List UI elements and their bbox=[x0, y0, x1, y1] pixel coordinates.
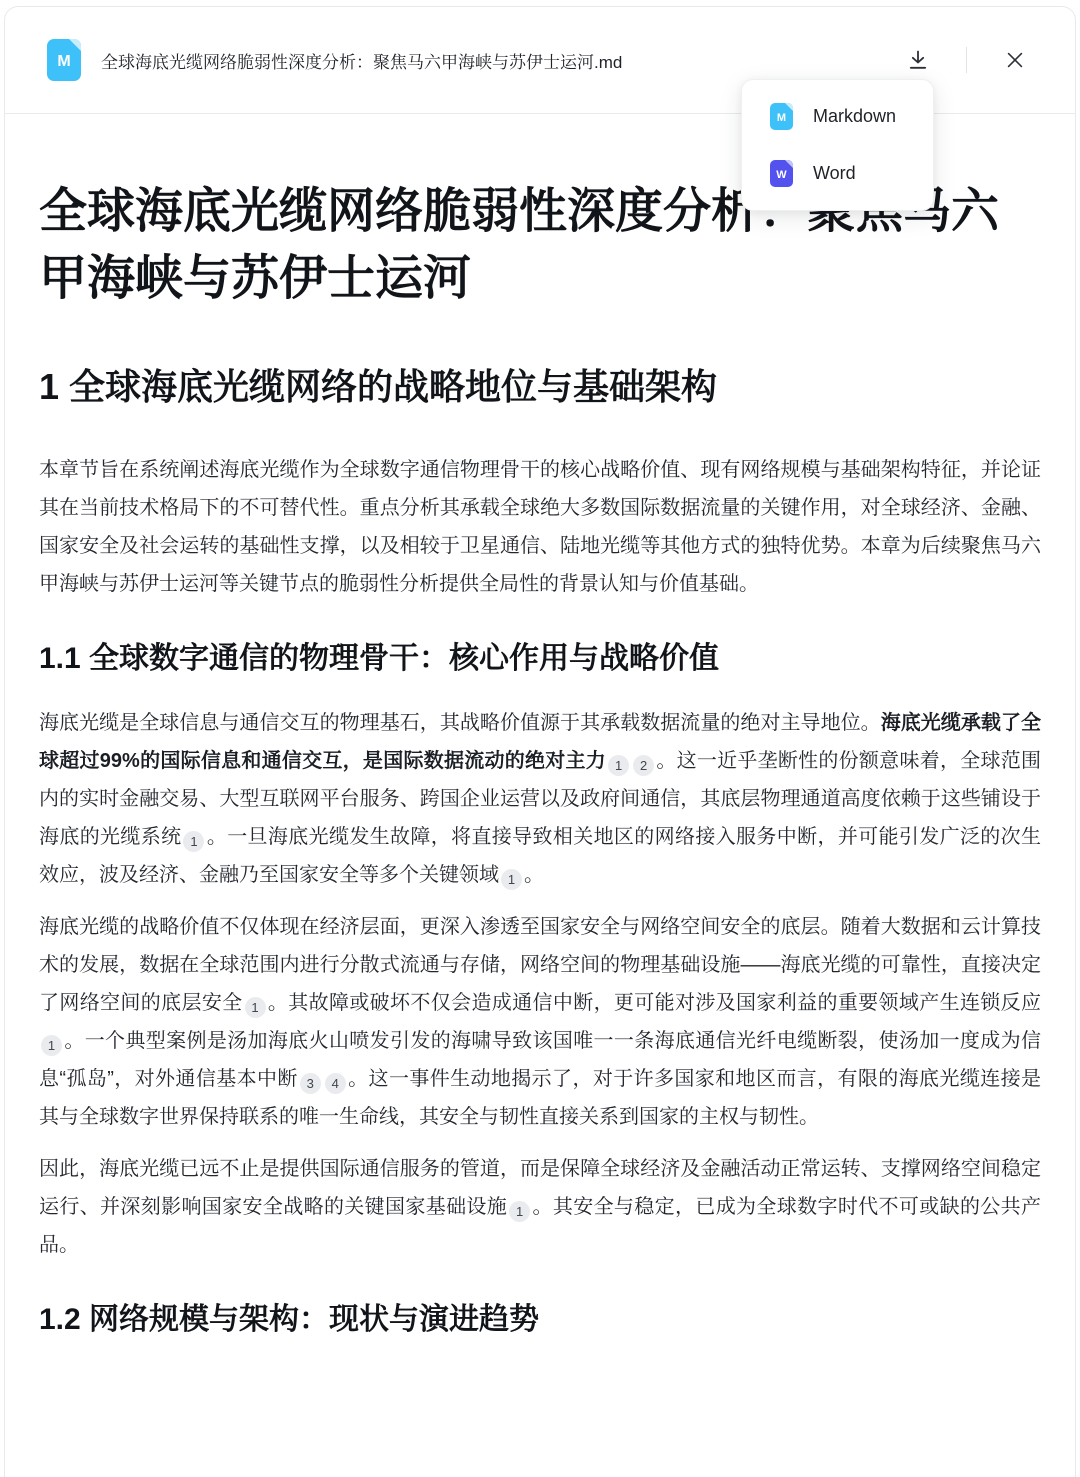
file-icon-letter: M bbox=[57, 53, 70, 71]
word-option-icon: W bbox=[770, 160, 793, 187]
paragraph: 海底光缆是全球信息与通信交互的物理基石，其战略价值源于其承载数据流量的绝对主导地… bbox=[39, 704, 1041, 894]
citation-badge[interactable]: 1 bbox=[501, 869, 522, 890]
download-button[interactable] bbox=[900, 42, 936, 78]
menu-item-markdown[interactable]: M Markdown bbox=[742, 88, 933, 145]
citation-badge[interactable]: 1 bbox=[245, 997, 266, 1018]
close-icon bbox=[1004, 49, 1026, 71]
document-body: 全球海底光缆网络脆弱性深度分析：聚焦马六甲海峡与苏伊士运河1 全球海底光缆网络的… bbox=[5, 114, 1075, 1339]
citation-badge[interactable]: 4 bbox=[325, 1073, 346, 1094]
menu-item-label: Markdown bbox=[813, 106, 896, 127]
file-fold-corner bbox=[785, 103, 793, 111]
citation-badge[interactable]: 1 bbox=[608, 755, 629, 776]
markdown-file-icon: M bbox=[47, 39, 81, 81]
download-icon bbox=[906, 48, 930, 72]
word-icon-letter: W bbox=[776, 169, 786, 181]
citation-badge[interactable]: 1 bbox=[183, 831, 204, 852]
body-text: 。 bbox=[524, 864, 544, 886]
menu-item-word[interactable]: W Word bbox=[742, 145, 933, 202]
heading-h3: 1.2 网络规模与架构：现状与演进趋势 bbox=[39, 1300, 1041, 1339]
citation-badge[interactable]: 2 bbox=[633, 755, 654, 776]
markdown-icon-letter: M bbox=[777, 112, 786, 124]
file-fold-corner bbox=[69, 39, 81, 51]
close-button[interactable] bbox=[997, 42, 1033, 78]
citation-badge[interactable]: 3 bbox=[300, 1073, 321, 1094]
body-text: 。其故障或破坏不仅会造成通信中断，更可能对涉及国家利益的重要领域产生连锁反应 bbox=[268, 992, 1041, 1014]
paragraph: 海底光缆的战略价值不仅体现在经济层面，更深入渗透至国家安全与网络空间安全的底层。… bbox=[39, 908, 1041, 1136]
citation-badge[interactable]: 1 bbox=[41, 1035, 62, 1056]
paragraph: 因此，海底光缆已远不止是提供国际通信服务的管道，而是保障全球经济及金融活动正常运… bbox=[39, 1150, 1041, 1264]
markdown-option-icon: M bbox=[770, 103, 793, 130]
export-menu: M Markdown W Word bbox=[741, 79, 934, 211]
file-fold-corner bbox=[785, 160, 793, 168]
heading-h3: 1.1 全球数字通信的物理骨干：核心作用与战略价值 bbox=[39, 639, 1041, 678]
citation-badge[interactable]: 1 bbox=[509, 1201, 530, 1222]
body-text: 海底光缆是全球信息与通信交互的物理基石，其战略价值源于其承载数据流量的绝对主导地… bbox=[39, 712, 881, 734]
titlebar-divider bbox=[966, 47, 967, 73]
menu-item-label: Word bbox=[813, 163, 856, 184]
heading-h2: 1 全球海底光缆网络的战略地位与基础架构 bbox=[39, 364, 1041, 409]
paragraph: 本章节旨在系统阐述海底光缆作为全球数字通信物理骨干的核心战略价值、现有网络规模与… bbox=[39, 451, 1041, 603]
file-preview-window: M 全球海底光缆网络脆弱性深度分析：聚焦马六甲海峡与苏伊士运河.md 全球海底光… bbox=[4, 6, 1076, 1437]
body-text: 本章节旨在系统阐述海底光缆作为全球数字通信物理骨干的核心战略价值、现有网络规模与… bbox=[39, 459, 1041, 595]
document-title: 全球海底光缆网络脆弱性深度分析：聚焦马六甲海峡与苏伊士运河.md bbox=[101, 48, 900, 73]
